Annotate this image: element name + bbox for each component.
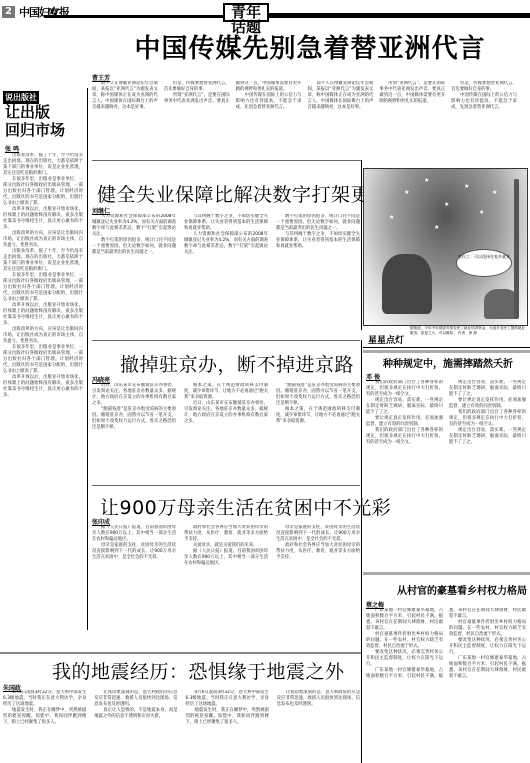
cartoon-illustration: ★ ★ ★ ★ ★ ★ ★ ★ 农民工：可以选择在家乡就业	[363, 168, 528, 326]
main-headline: 中国传媒先别急着替亚洲代言	[100, 28, 520, 65]
paragraph: 要让规定真正发挥作用，必须加强监督，建立有效的问责机制。	[449, 398, 526, 410]
paragraph: 母亲是家庭的支柱，贫困母亲的生活状况直接影响到下一代的成长。让900万母亲生活在…	[276, 525, 360, 543]
paragraph: 前不久在博鳌亚洲论坛年会期间，某报以“亚洲代言”为题发表文章，称中国媒体正在成为…	[92, 81, 158, 111]
paragraph: 规定出台容易，落实难。一些规定在制定时缺乏调研，脱离实际，最终只能不了了之。	[366, 398, 443, 416]
sidebar-headline-line1: 让出版	[5, 103, 65, 121]
figure-with-hat	[382, 254, 432, 314]
paragraph: 中国传媒在国际上的公信力与影响力还有待提高，不能急于求成，先别急着替亚洲代言。	[236, 93, 302, 111]
paragraph: 我们的政府部门出台了各种各样的规定，但很多规定在执行中大打折扣，有的甚至成为一纸…	[366, 380, 443, 398]
divider	[0, 652, 362, 654]
paragraph: 要让规定真正发挥作用，必须加强监督，建立有效的问责机制。	[366, 416, 443, 428]
sidebar-byline: 张 鸣	[5, 144, 19, 153]
masthead-rule-right	[269, 13, 530, 18]
divider	[361, 160, 362, 330]
decorative-slashes: /////	[48, 7, 58, 16]
paragraph: 但是，传媒要想替亚洲代言，首先要做好自身的事。	[164, 81, 230, 93]
paragraph: 数字打架的原因很多，统计口径不同是一个重要原因。但无论数字如何，就业问题都是当前…	[276, 214, 360, 232]
star-icon: ★	[389, 214, 394, 221]
sidebar-body: 出版业改革，拖了十年，至今仍没有走出困境。现在的出版社，大都是依附于某个部门的事…	[3, 153, 83, 623]
sidebar-headline: 让出版 回归市场	[5, 103, 65, 139]
paragraph: 近日，山东某市宣布撤销驻京办事处，引发舆论关注。各地驻京办数量众多，据统计，地方…	[92, 383, 176, 407]
earthquake-headline: 我的地震经历：恐惧缘于地震之外	[52, 657, 345, 684]
village-headline: 从村官的豪墓看乡村权力格局	[397, 582, 527, 597]
paragraph: 出版业改革，拖了十年，至今仍没有走出困境。现在的出版社，大都是依附于某个部门的事…	[3, 249, 83, 273]
paragraph: 改革开放以后，出版业开始市场化，但体制上的问题始终没有解决。很多出版社靠卖书号维…	[3, 303, 83, 327]
editor-email: E-mail:rmyaw@yahoo.com.cn	[462, 8, 521, 13]
paragraph: 据《人民日报》报道，目前我国贫困母亲人数在900万以上，其中相当一部分生活在农村…	[184, 549, 268, 567]
paragraph: 出版改革的方向，应该是让出版回归市场，让出版社成为真正的市场主体，自负盈亏，优胜…	[3, 327, 83, 345]
paragraph: 根本之策，在于规范财政转移支付制度，减少审批环节，让地方不必再通过“跑关系”来争…	[276, 407, 360, 425]
paragraph: 人力资源和社会保障部公布的2008年城镇登记失业率为4.2%，而有关方面的调查数…	[184, 232, 268, 256]
paragraph: 4月6日凌晨3时32分，意大利中部发生6.3级地震。当时我正在意大利访学，亲身经…	[186, 690, 269, 708]
paragraph: 规定出台容易，落实难。一些规定在制定时缺乏调研，脱离实际，最终只能不了了之。	[449, 428, 526, 446]
paragraph: 让我印象深刻的是，意大利政府的应急反应非常迅速，救援人员很快到达现场，信息发布也…	[94, 690, 177, 708]
sidebar-headline-line2: 回归市场	[5, 121, 65, 139]
paragraph: 出版业改革，拖了十年，至今仍没有走出困境。现在的出版社，大都是依附于某个部门的事…	[3, 153, 83, 177]
paragraph: 据《人民日报》报道，目前我国贫困母亲人数在900万以上，其中相当一部分生活在农村…	[92, 525, 176, 543]
divider	[363, 350, 530, 353]
paragraph: 广东某地一村官修建豪华墓地，占地面积数百平方米，引起村民不满。据悉，该村官在任期…	[366, 608, 443, 632]
star-icon: ★	[492, 189, 497, 196]
sidebar-divider	[87, 88, 88, 630]
earthquake-body: 4月6日凌晨3时32分，意大利中部发生6.3级地震。当时我正在意大利访学，亲身经…	[3, 690, 360, 763]
beijing-office-body: 近日，山东某市宣布撤销驻京办事处，引发舆论关注。各地驻京办数量众多，据统计，地方…	[92, 383, 360, 481]
page-number: 2	[2, 6, 15, 18]
paragraph: 规定出台容易，落实难。一些规定在制定时缺乏调研，脱离实际，最终只能不了了之。	[449, 380, 526, 398]
masthead: 2 中国妇女报 ///// 2009年4月9日 星期三 Topics 青年话题 …	[0, 3, 530, 19]
village-body: 广东某地一村官修建豪华墓地，占地面积数百平方米，引起村民不满。据悉，该村官在任期…	[366, 608, 526, 760]
paper-logo: 中国妇女报	[19, 4, 69, 20]
divider	[92, 485, 360, 486]
beijing-office-headline: 撤掉驻京办，断不掉进京路	[120, 350, 354, 377]
paragraph: 真正让人恐惧的，不是地震本身，而是地震之外的信息不透明和应对失措。	[94, 708, 177, 720]
speech-bubble: 农民工：可以选择在家乡就业	[456, 249, 512, 277]
paragraph: 要改变这种状况，必须完善村务公开和民主监督制度，让权力在阳光下运行。	[366, 650, 443, 668]
divider	[92, 160, 362, 161]
paragraph: 政府和社会各界应当加大对贫困母亲的帮扶力度，从医疗、教育、就业等多方面给予支持。	[276, 543, 360, 561]
topics-label: Topics	[204, 9, 219, 15]
paragraph: 在很多年里，出版业是事业单位，一部分出版社归各级政府出版局管理，一部分出版社归各…	[3, 177, 83, 207]
regulations-body: 我们的政府部门出台了各种各样的规定，但很多规定在执行中大打折扣，有的甚至成为一纸…	[366, 380, 526, 545]
unemployment-body: 人力资源和社会保障部公布的2008年城镇登记失业率为4.2%，而有关方面的调查数…	[92, 214, 360, 306]
paragraph: 改革开放以后，出版业开始市场化，但体制上的问题始终没有解决。很多出版社靠卖书号维…	[3, 207, 83, 231]
paragraph: 我们的政府部门出台了各种各样的规定，但很多规定在执行中大打折扣，有的甚至成为一纸…	[366, 428, 443, 446]
star-icon: ★	[424, 177, 429, 184]
pole	[514, 179, 519, 319]
mothers-body: 据《人民日报》报道，目前我国贫困母亲人数在900万以上，其中相当一部分生活在农村…	[92, 525, 360, 625]
paragraph: 人力资源和社会保障部公布的2008年城镇登记失业率为4.2%，而有关方面的调查数…	[92, 214, 176, 238]
section-title: 青年话题	[223, 3, 269, 22]
paragraph: 近日，山东某市宣布撤销驻京办事处，引发舆论关注。各地驻京办数量众多，据统计，地方…	[184, 401, 268, 425]
paragraph: 村官豪墓事件折射出乡村权力格局的问题。在一些农村，村官权力缺乏有效监督，村民自治…	[449, 620, 526, 638]
main-story-body: 前不久在博鳌亚洲论坛年会期间，某报以“亚洲代言”为题发表文章，称中国媒体正在成为…	[92, 81, 517, 143]
star-icon: ★	[479, 209, 484, 216]
paragraph: 在很多年里，出版业是事业单位，一部分出版社归各级政府出版局管理，一部分出版社归各…	[3, 273, 83, 303]
paragraph: 前不久在博鳌亚洲论坛年会期间，某报以“亚洲代言”为题发表文章，称中国媒体正在成为…	[307, 81, 373, 111]
cartoon-caption: 据报道，今年中央财政安排农民工就业培训资金，为返乡农民工提供就业服务，星星之火，…	[410, 326, 526, 336]
paragraph: 广东某地一村官修建豪华墓地，占地面积数百平方米，引起村民不满。据悉，该村官在任期…	[449, 656, 526, 680]
paragraph: 政府和社会各界应当加大对贫困母亲的帮扶力度，从医疗、教育、就业等多方面给予支持。	[184, 525, 268, 543]
mothers-headline: 让900万母亲生活在贫困中不光彩	[100, 493, 391, 520]
paragraph: 我们的政府部门出台了各种各样的规定，但很多规定在执行中大打折扣，有的甚至成为一纸…	[449, 410, 526, 428]
paragraph: 数字打架的原因很多，统计口径不同是一个重要原因。但无论数字如何，就业问题都是当前…	[92, 238, 176, 256]
paragraph: “跑部钱进”是驻京办饱受诟病的主要原因。撤销驻京办，固然可以节省一笔开支，但如果…	[92, 407, 176, 431]
paragraph: 中国传媒在国际上的公信力与影响力还有待提高，不能急于求成，先别急着替亚洲代言。	[451, 93, 517, 111]
paragraph: 要改变这种状况，必须完善村务公开和民主监督制度，让权力在阳光下运行。	[449, 638, 526, 656]
divider	[92, 340, 360, 341]
issue-date: 2009年4月9日 星期三	[68, 9, 119, 16]
regulations-headline: 种种规定中，施需摔踏然夭折	[383, 355, 513, 370]
star-icon: ★	[434, 224, 439, 231]
paragraph: 村官豪墓事件折射出乡村权力格局的问题。在一些农村，村官权力缺乏有效监督，村民自治…	[366, 632, 443, 650]
paragraph: “跑部钱进”是驻京办饱受诟病的主要原因。撤销驻京办，固然可以节省一笔开支，但如果…	[276, 383, 360, 407]
star-icon: ★	[444, 201, 449, 208]
paragraph: 根本之策，在于规范财政转移支付制度，减少审批环节，让地方不必再通过“跑关系”来争…	[184, 383, 268, 401]
paragraph: 让我印象深刻的是，意大利政府的应急反应非常迅速，救援人员很快到达现场，信息发布也…	[277, 690, 360, 708]
paragraph: 地震发生时，我正在睡梦中，突然被剧烈的摇晃惊醒。惊慌中，我和同伴跑到楼下，街上已…	[3, 708, 86, 726]
divider	[361, 340, 362, 640]
star-icon: ★	[464, 183, 469, 190]
divider	[363, 347, 530, 348]
cartoon-title: 星星点灯	[368, 333, 404, 346]
paragraph: 在很多年里，出版业是事业单位，一部分出版社归各级政府出版局管理，一部分出版社归各…	[3, 345, 83, 375]
paragraph: 改革开放以后，出版业开始市场化，但体制上的问题始终没有解决。很多出版社靠卖书号维…	[3, 375, 83, 399]
editor-info: 本版编辑/张彦武 Tel:(010)64098871	[312, 8, 380, 14]
paragraph: 与其纠缠于数字之争，不如切实健全失业保障体系，让失业者得到基本的生活保障和再就业…	[276, 232, 360, 250]
divider	[361, 640, 362, 763]
paragraph: 但是，传媒要想替亚洲代言，首先要做好自身的事。	[451, 81, 517, 93]
divider	[363, 572, 530, 575]
star-icon: ★	[404, 189, 409, 196]
paragraph: 所谓“亚洲代言”，是要在国际事务中代表亚洲发出声音。要真正做到这一点，中国媒体需…	[379, 81, 445, 105]
paragraph: 地震发生时，我正在睡梦中，突然被剧烈的摇晃惊醒。惊慌中，我和同伴跑到楼下，街上已…	[186, 708, 269, 726]
paragraph: 出版改革的方向，应该是让出版回归市场，让出版社成为真正的市场主体，自负盈亏，优胜…	[3, 231, 83, 249]
paragraph: 与其纠缠于数字之争，不如切实健全失业保障体系，让失业者得到基本的生活保障和再就业…	[184, 214, 268, 232]
paragraph: 4月6日凌晨3时32分，意大利中部发生6.3级地震。当时我正在意大利访学，亲身经…	[3, 690, 86, 708]
paragraph: 母亲是家庭的支柱，贫困母亲的生活状况直接影响到下一代的成长。让900万母亲生活在…	[92, 543, 176, 561]
caption-author: 作者：徐 简	[458, 331, 477, 335]
